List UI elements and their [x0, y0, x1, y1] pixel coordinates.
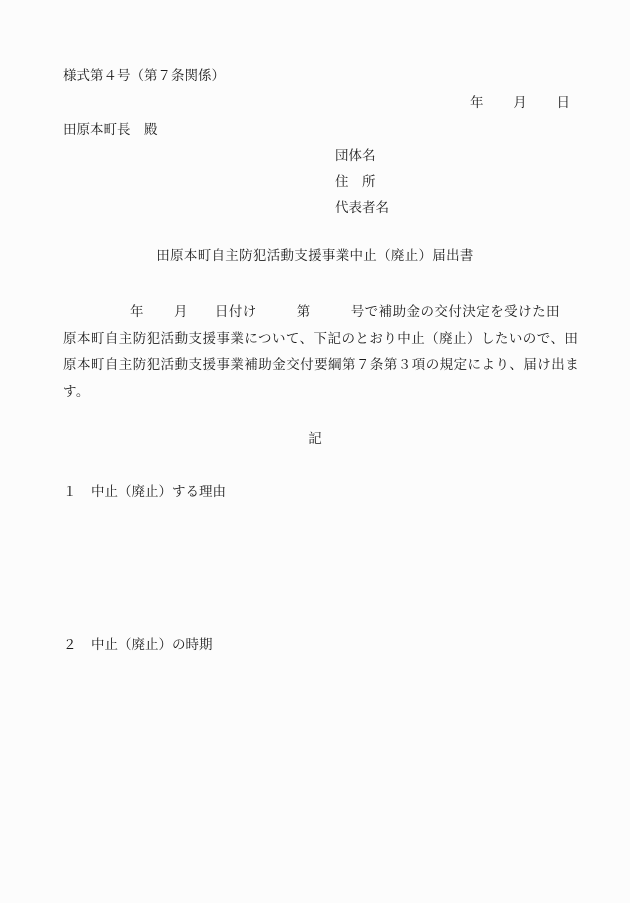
- body-paragraph: 年月日付け第号で補助金の交付決定を受けた田 原本町自主防犯活動支援事業について、…: [63, 299, 569, 405]
- day-label: 日: [557, 95, 571, 111]
- body-line-1: 年月日付け第号で補助金の交付決定を受けた田: [63, 299, 569, 326]
- item-period: ２中止（廃止）の時期: [63, 637, 213, 653]
- reason-field[interactable]: [63, 506, 569, 626]
- body-dai: 第: [297, 304, 311, 320]
- item-reason: １中止（廃止）する理由: [63, 484, 226, 500]
- document-title: 田原本町自主防犯活動支援事業中止（廃止）届出書: [0, 248, 630, 264]
- address-label: 住 所: [335, 174, 376, 190]
- addressee: 田原本町長 殿: [63, 122, 158, 138]
- body-month: 月: [174, 304, 188, 320]
- form-number: 様式第４号（第７条関係）: [63, 68, 225, 84]
- group-name-label: 団体名: [335, 148, 376, 164]
- body-line-3: 原本町自主防犯活動支援事業補助金交付要綱第７条第３項の規定により、届け出ま: [63, 352, 569, 379]
- ki-heading: 記: [0, 431, 630, 447]
- item-number: １: [63, 484, 91, 500]
- item-number: ２: [63, 637, 91, 653]
- body-line1-rest: 号で補助金の交付決定を受けた田: [351, 304, 560, 320]
- submission-date: 年 月 日: [470, 95, 570, 111]
- body-year: 年: [130, 304, 144, 320]
- period-field[interactable]: [63, 660, 569, 780]
- body-line-2: 原本町自主防犯活動支援事業について、下記のとおり中止（廃止）したいので、田: [63, 326, 569, 353]
- item-label: 中止（廃止）の時期: [91, 637, 213, 653]
- body-line-4: す。: [63, 379, 569, 406]
- year-label: 年: [470, 95, 484, 111]
- body-day-suffix: 日付け: [215, 304, 257, 320]
- representative-label: 代表者名: [335, 200, 389, 216]
- month-label: 月: [513, 95, 527, 111]
- item-label: 中止（廃止）する理由: [91, 484, 226, 500]
